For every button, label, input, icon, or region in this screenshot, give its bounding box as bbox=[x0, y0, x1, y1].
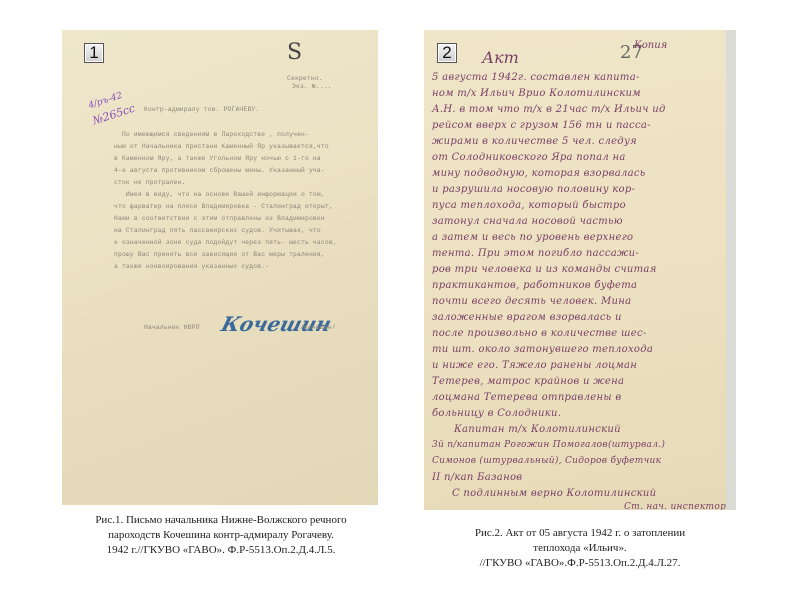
act-line: больницу в Солодники. bbox=[432, 408, 561, 419]
letter-body-line: По имеющимся сведениям в Пароходстве , п… bbox=[122, 131, 309, 138]
act-title: Акт bbox=[482, 48, 519, 67]
copy-number-line: Экз. №.... bbox=[292, 83, 332, 90]
header-mark: S bbox=[287, 40, 302, 65]
act-line: затонул сначала носовой частью bbox=[432, 216, 623, 227]
letter-body-line: к означенной зоне суда подойдут через пя… bbox=[114, 239, 337, 246]
letter-body-line: что фарватер на плесе Владимировка - Ста… bbox=[114, 203, 333, 210]
caption-line: Рис.1. Письмо начальника Нижне-Волжского… bbox=[62, 513, 380, 528]
act-line: Ст. нач. инспектор bbox=[624, 502, 726, 510]
act-line: а затем и весь по уровень верхнего bbox=[432, 232, 633, 243]
act-line: ном т/х Ильич Врио Колотилинским bbox=[432, 88, 641, 99]
act-line: Тетерев, матрос крайнов и жена bbox=[432, 376, 624, 387]
act-line: жирами в количестве 5 чел. следуя bbox=[432, 136, 637, 147]
letter-body-line: ным от Начальника пристани Каменный Яр у… bbox=[114, 143, 329, 150]
act-line: рейсом вверх с грузом 156 тн и пасса- bbox=[432, 120, 651, 131]
act-line: практикантов, работников буфета bbox=[432, 280, 637, 291]
act-line: почти всего десять человек. Мина bbox=[432, 296, 631, 307]
act-line: тента. При этом погибло пассажи- bbox=[432, 248, 639, 259]
addressee-line: Контр-адмиралу тов. РОГАЧЕВУ. bbox=[144, 106, 259, 113]
letter-body-line: в Каменном Яру, а также Угольном Яру ноч… bbox=[114, 155, 321, 162]
act-line: и ниже его. Тяжело ранены лоцман bbox=[432, 360, 637, 371]
caption-line: Рис.2. Акт от 05 августа 1942 г. о затоп… bbox=[424, 526, 736, 541]
act-line: ров три человека и из команды считая bbox=[432, 264, 657, 275]
act-line: от Солодниковского Яра попал на bbox=[432, 152, 626, 163]
scan-edge bbox=[726, 30, 736, 510]
caption-line: 1942 г.//ГКУВО «ГАВО». Ф.Р-5513.Оп.2.Д.4… bbox=[62, 543, 380, 558]
figure-number-badge: 1 bbox=[84, 43, 104, 63]
caption-line: пароходств Кочешина контр-адмиралу Рогач… bbox=[62, 528, 380, 543]
letter-body-line: прошу Вас принять все зависящие от Вас м… bbox=[114, 251, 325, 258]
figure-2-act-scan: 2 Акт 27 Копия 5 августа 1942г. составле… bbox=[424, 30, 736, 510]
letter-body-line: на Сталинград пять пассажирских судов. У… bbox=[114, 227, 321, 234]
act-line: заложенные врагом взорвалась и bbox=[432, 312, 622, 323]
figure-1-letter-scan: 1 S Секретно. Экз. №.... 4/pъ-42 №265сс … bbox=[62, 30, 378, 505]
act-line: II п/кап Базанов bbox=[432, 472, 522, 483]
act-line: С подлинным верно Колотилинский bbox=[452, 488, 656, 499]
signature-label: Начальник НВРП bbox=[144, 324, 200, 331]
act-line: лоцмана Тетерева отправлены в bbox=[432, 392, 621, 403]
act-line: А.Н. в том что т/х в 21час т/х Ильич ид bbox=[432, 104, 666, 115]
act-line: мину подводную, которая взорвалась bbox=[432, 168, 646, 179]
act-line: после произвольно в количестве шес- bbox=[432, 328, 647, 339]
copy-label: Копия bbox=[634, 40, 667, 51]
figure-2-caption: Рис.2. Акт от 05 августа 1942 г. о затоп… bbox=[424, 526, 736, 571]
signature-name: /Кочешин/ bbox=[300, 324, 336, 331]
act-line: ти шт. около затонувшего теплохода bbox=[432, 344, 653, 355]
figure-1-caption: Рис.1. Письмо начальника Нижне-Волжского… bbox=[62, 513, 380, 558]
act-line: и разрушила носовую половину кор- bbox=[432, 184, 635, 195]
figure-number-badge: 2 bbox=[437, 43, 457, 63]
letter-body-line: 4-е августа противником сброшены мины. У… bbox=[114, 167, 325, 174]
classification-line: Секретно. bbox=[287, 75, 323, 82]
caption-line: //ГКУВО «ГАВО».Ф.Р-5513.Оп.2.Д.4.Л.27. bbox=[424, 556, 736, 571]
act-line: Капитан т/х Колотилинский bbox=[454, 424, 621, 435]
letter-body-line: Имея в виду, что на основе Вашей информа… bbox=[110, 191, 325, 198]
letter-body-line: Нами в соответствии с этим отправлены из… bbox=[114, 215, 325, 222]
letter-body-line: сток не протрален. bbox=[114, 179, 186, 186]
act-line: 5 августа 1942г. составлен капита- bbox=[432, 72, 640, 83]
act-line: пуса теплохода, который быстро bbox=[432, 200, 626, 211]
act-line: 3й п/капитан Рогожин Помогалов(штурвал.) bbox=[432, 440, 665, 450]
act-line: Симонов (штурвальный), Сидоров буфетчик bbox=[432, 456, 661, 466]
letter-body-line: а также конвоирования указанных судов.- bbox=[114, 263, 269, 270]
caption-line: теплохода «Ильич». bbox=[424, 541, 736, 556]
